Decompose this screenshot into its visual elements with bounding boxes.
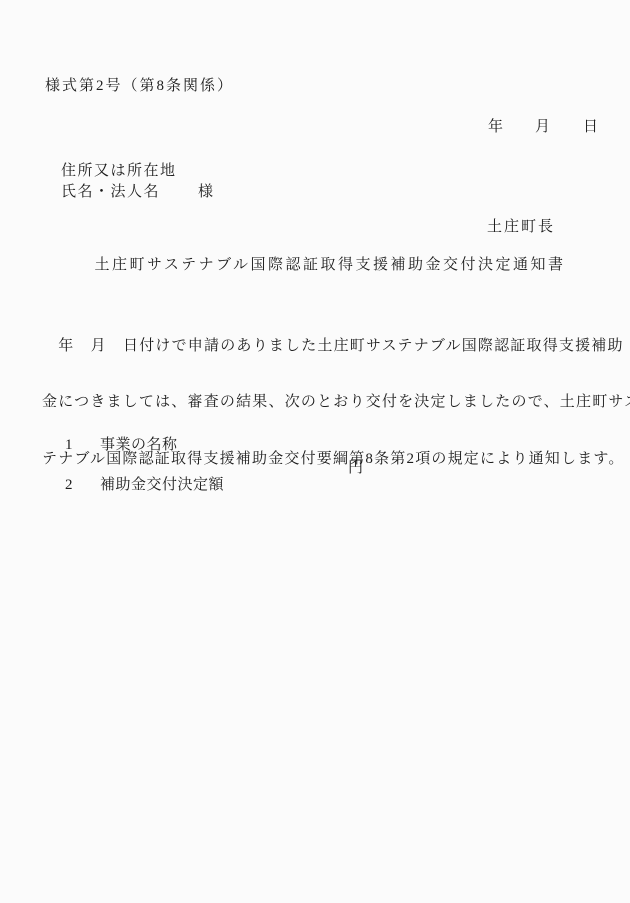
recipient-honorific-label: 様 — [198, 184, 213, 201]
form-number: 様式第2号（第8条関係） — [45, 78, 234, 95]
date-line: 年 月 日 — [0, 119, 630, 137]
item-number: 1 — [65, 437, 73, 453]
body-line: 年 月 日付けで申請のありました土庄町サステナブル国際認証取得支援補助 — [42, 335, 602, 357]
recipient-name-label: 氏名・法人名 — [61, 184, 160, 201]
item-unit-label: 円 — [348, 460, 363, 477]
date-day-label: 日 — [583, 119, 598, 136]
item-label: 事業の名称 — [100, 437, 178, 453]
document-title: 土庄町サステナブル国際認証取得支援補助金交付決定通知書 — [42, 257, 618, 274]
item-number: 2 — [65, 477, 73, 493]
sender-title: 土庄町長 — [487, 219, 555, 236]
recipient-name-line: 氏名・法人名 様 — [0, 184, 630, 202]
list-item-grant-amount: 2補助金交付決定額 円 — [48, 460, 608, 529]
document-page: 様式第2号（第8条関係） 年 月 日 住所又は所在地 氏名・法人名 様 土庄町長… — [0, 0, 630, 903]
body-line: 金につきましては、審査の結果、次のとおり交付を決定しましたので、土庄町サス — [42, 391, 602, 413]
date-year-label: 年 — [488, 119, 503, 136]
date-month-label: 月 — [535, 119, 550, 136]
recipient-address-label: 住所又は所在地 — [61, 163, 177, 180]
item-label: 補助金交付決定額 — [100, 477, 224, 493]
